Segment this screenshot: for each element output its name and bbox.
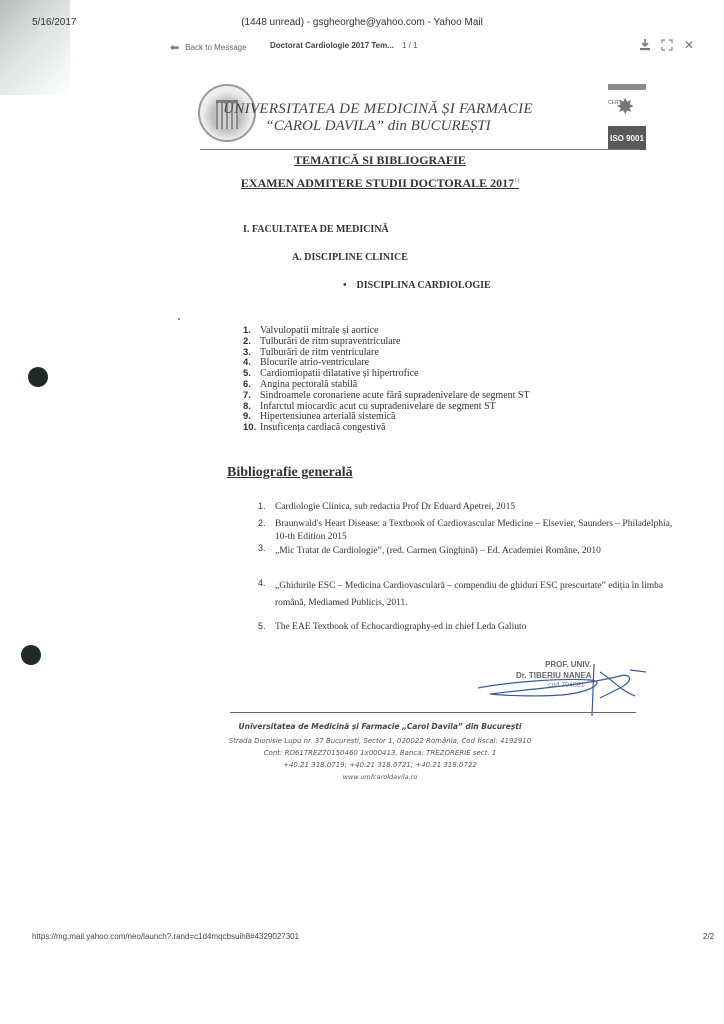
address-university: Universitatea de Medicină și Farmacie „C… <box>0 722 724 731</box>
topics-list: 1.Valvulopatii mitrale și aortice2.Tulbu… <box>243 326 530 434</box>
bibliography-item: 4.„Ghidurile ESC – Medicina Cardiovascul… <box>258 578 678 612</box>
address-website: www.umfcaroldavila.ro <box>0 773 724 781</box>
bibliography-number: 4. <box>258 578 275 612</box>
punch-hole <box>28 367 48 387</box>
header-divider <box>200 149 640 150</box>
bibliography-text: „Mic Tratat de Cardiologie”, (red. Carme… <box>275 543 601 560</box>
iso-badge: ISO 9001 <box>608 126 646 150</box>
close-icon[interactable]: ✕ <box>684 38 694 52</box>
document-subtitle: EXAMEN ADMITERE STUDII DOCTORALE 20171) <box>0 176 724 191</box>
discipline-name: DISCIPLINA CARDIOLOGIE <box>357 280 491 291</box>
fullscreen-icon[interactable] <box>661 38 673 55</box>
certification-logos: CERT ✸ ISO 9001 <box>608 84 646 152</box>
bibliography-item: 5.The EAE Textbook of Echocardiography-e… <box>258 621 678 634</box>
discipline-group-heading: A. DISCIPLINE CLINICE <box>292 252 408 263</box>
print-page-number: 2/2 <box>703 932 714 941</box>
bibliography-item: 3.„Mic Tratat de Cardiologie”, (red. Car… <box>258 543 678 560</box>
handwritten-signature <box>470 650 670 720</box>
bibliography-item: 2.Braunwald's Heart Disease: a Textbook … <box>258 518 678 544</box>
arrow-left-icon: ⬅ <box>170 41 179 54</box>
topic-text: Sindroamele coronariene acute fără supra… <box>260 391 530 402</box>
topic-number: 10. <box>243 423 260 434</box>
topic-text: Insuficența cardiacă congestivă <box>260 423 386 434</box>
punch-hole <box>21 645 41 665</box>
print-url: https://mg.mail.yahoo.com/neo/launch?.ra… <box>32 932 299 941</box>
bibliography-item: 1.Cardiologie Clinica, sub redactia Prof… <box>258 501 678 514</box>
bibliography-text: The EAE Textbook of Echocardiography-ed … <box>275 621 526 634</box>
topic-text: Tulburări de ritm supraventriculare <box>260 337 400 348</box>
download-icon[interactable] <box>639 38 651 56</box>
subtitle-mark: 1) <box>514 178 519 184</box>
faculty-heading: I. FACULTATEA DE MEDICINĂ <box>243 224 389 235</box>
cert-banner <box>608 84 646 90</box>
address-bank: Cont: RO61TREZ70150460 1x000413, Banca: … <box>0 749 724 757</box>
footer-divider <box>230 712 636 713</box>
print-page-title: (1448 unread) - gsgheorghe@yahoo.com - Y… <box>0 17 724 28</box>
bibliography-number: 1. <box>258 501 275 514</box>
bibliography-heading: Bibliografie generală <box>227 465 353 481</box>
discipline-heading: •DISCIPLINA CARDIOLOGIE <box>343 280 491 291</box>
document-title: TEMATICĂ SI BIBLIOGRAFIE <box>0 153 724 168</box>
topic-item: 7.Sindroamele coronariene acute fără sup… <box>243 391 530 402</box>
bibliography-number: 5. <box>258 621 275 634</box>
topic-number: 2. <box>243 337 260 348</box>
page-indicator: 1 / 1 <box>402 41 418 50</box>
bibliography-text: Braunwald's Heart Disease: a Textbook of… <box>275 518 678 544</box>
scan-speck <box>178 318 180 320</box>
topic-number: 7. <box>243 391 260 402</box>
bibliography-text: „Ghidurile ESC – Medicina Cardiovascular… <box>275 578 678 612</box>
bibliography-number: 3. <box>258 543 275 560</box>
viewer-toolbar: ⬅ Back to Message Doctorat Cardiologie 2… <box>0 38 724 56</box>
bullet-icon: • <box>343 280 347 291</box>
subtitle-text: EXAMEN ADMITERE STUDII DOCTORALE 2017 <box>241 176 514 190</box>
bibliography-text: Cardiologie Clinica, sub redactia Prof D… <box>275 501 515 514</box>
topic-item: 10.Insuficența cardiacă congestivă <box>243 423 530 434</box>
document-name: Doctorat Cardiologie 2017 Tem... <box>270 41 394 50</box>
address-phones: +40.21 318.0719; +40.21 318.0721; +40.21… <box>0 761 724 769</box>
back-to-message-button[interactable]: ⬅ Back to Message <box>170 41 247 54</box>
address-street: Strada Dionisie Lupu nr. 37 București, S… <box>0 737 724 745</box>
cert-star-icon: ✸ <box>616 94 634 120</box>
back-label: Back to Message <box>185 43 246 52</box>
bibliography-number: 2. <box>258 518 275 544</box>
topic-item: 2.Tulburări de ritm supraventriculare <box>243 337 530 348</box>
